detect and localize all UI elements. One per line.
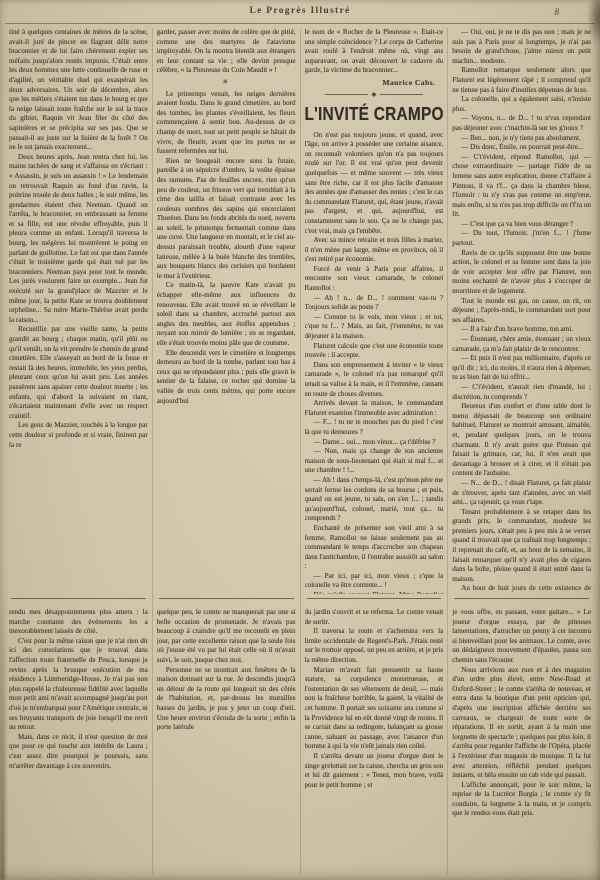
feuilleton-separator-rule (454, 598, 589, 599)
column-4: — Oui, oui, je ne te dis pas non ; mais … (447, 28, 595, 874)
column-3: le nom de « Rocher de la Pleureuse ». Ét… (300, 28, 448, 874)
diamond-ornament-icon: ◆ (372, 92, 377, 98)
story-crampon-col4: — Oui, oui, je ne te dis pas non ; mais … (452, 28, 591, 594)
feuilleton-text-col2: quelque peu, le comte ne manquerait pas … (157, 608, 296, 874)
story-pleureuse-col2-end: garder, passer avec moins de colère que … (157, 28, 296, 76)
column-2: garder, passer avec moins de colère que … (152, 28, 300, 874)
feuilleton-text-col1: rendu mes désappointements plus amers : … (9, 608, 148, 874)
column-layout: tiné à quelques centaines de mètres de l… (5, 28, 595, 874)
story-divider-ornament: ◆ (325, 92, 424, 98)
page-header: Le Progrès Illustré 8 (5, 6, 595, 21)
newspaper-page: Le Progrès Illustré 8 tiné à quelques ce… (0, 0, 600, 880)
headline-invite-crampon: L'INVITÉ CRAMPON (305, 104, 444, 126)
column-1: tiné à quelques centaines de mètres de l… (5, 28, 152, 874)
asterisk-divider-icon: ✳ (157, 78, 296, 88)
story-pleureuse-col2: garder, passer avec moins de colère que … (157, 28, 296, 594)
story-pleureuse-col2-spring: Le printemps venait, les neiges dernière… (157, 90, 296, 407)
column-3-main: le nom de « Rocher de la Pleureuse ». Ét… (305, 28, 444, 594)
ornament-rule-left (325, 94, 368, 95)
feuilleton-separator-rule (11, 598, 146, 599)
page-number: 8 (555, 7, 560, 17)
story-pleureuse-col3-tail: le nom de « Rocher de la Pleureuse ». Ét… (305, 28, 444, 76)
feuilleton-text-col4: je vous offre, en passant, votre guitare… (452, 608, 591, 874)
story-crampon-col3: On n'est pas toujours jeune, et quand, a… (305, 131, 444, 594)
header-rule (5, 23, 595, 24)
story-pleureuse-col1: tiné à quelques centaines de mètres de l… (9, 28, 148, 594)
signature-author: Maurice Cabs. (305, 78, 444, 88)
feuilleton-text-col3: du jardin s'ouvrit et se referma. Le com… (305, 608, 444, 874)
masthead-title: Le Progrès Illustré (5, 6, 595, 16)
feuilleton-separator-rule (159, 598, 294, 599)
ornament-rule-right (380, 94, 423, 95)
feuilleton-separator-rule (307, 598, 442, 599)
